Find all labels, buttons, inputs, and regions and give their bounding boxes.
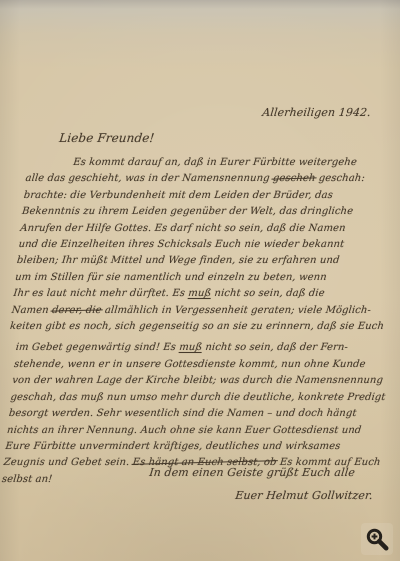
text-run: um im Stillen für sie namentlich und ein…	[15, 272, 328, 283]
letter-date: Allerheiligen 1942.	[262, 106, 372, 119]
letter-signature: Euer Helmut Gollwitzer.	[235, 489, 374, 502]
handwritten-line: besorgt werden. Sehr wesentlich sind die…	[8, 406, 366, 422]
underlined-text: muß	[188, 288, 212, 299]
text-run: selbst an!	[1, 474, 53, 485]
text-run: Anrufen der Hilfe Gottes. Es darf nicht …	[20, 223, 346, 234]
handwritten-line: von der wahren Lage der Kirche bleibt; w…	[11, 373, 369, 389]
underlined-text: muß	[179, 342, 203, 353]
struck-text: derer, die	[51, 305, 102, 316]
zoom-in-button[interactable]	[361, 523, 393, 555]
handwritten-line: Bekenntnis zu ihrem Leiden gegenüber der…	[21, 204, 387, 220]
handwritten-line: Eure Fürbitte unvermindert kräftiges, de…	[4, 439, 362, 455]
letter-paragraph: Es kommt darauf an, daß in Eurer Fürbitt…	[9, 155, 392, 335]
text-run: Bekenntnis zu ihrem Leiden gegenüber der…	[21, 206, 353, 217]
handwritten-line: bleiben; Ihr müßt Mittel und Wege finden…	[16, 253, 382, 269]
handwritten-line: im Gebet gegenwärtig sind! Es muß nicht …	[15, 340, 373, 356]
handwritten-line: Ihr es laut nicht mehr dürftet. Es muß n…	[12, 286, 378, 302]
text-run: Es kommt darauf an, daß in Eurer Fürbitt…	[73, 157, 358, 168]
letter-salutation: Liebe Freunde!	[59, 131, 156, 145]
text-run: Zeugnis und Gebet sein.	[3, 457, 133, 468]
text-run: nichts an ihrer Nennung. Auch ohne sie k…	[7, 425, 362, 436]
handwritten-line: brachte: die Verbundenheit mit dem Leide…	[23, 188, 389, 204]
handwritten-line: stehende, wenn er in unsere Gottesdienst…	[13, 357, 371, 373]
text-run: geschah:	[315, 173, 365, 184]
text-run: alle das geschieht, was in der Namensnen…	[25, 173, 274, 184]
letter-closing: In dem einen Geiste grüßt Euch alle	[149, 466, 356, 479]
text-run: nicht so sein, daß die	[211, 288, 326, 299]
handwritten-line: Anrufen der Hilfe Gottes. Es darf nicht …	[19, 221, 385, 237]
text-run: stehende, wenn er in unsere Gottesdienst…	[13, 359, 366, 370]
handwritten-line: um im Stillen für sie namentlich und ein…	[14, 270, 380, 286]
handwritten-line: nichts an ihrer Nennung. Auch ohne sie k…	[6, 423, 364, 439]
text-run: geschah, das muß nun umso mehr durch die…	[10, 392, 386, 403]
text-run: allmählich in Vergessenheit geraten; vie…	[101, 305, 371, 316]
text-run: nicht so sein, daß der Fern-	[201, 342, 348, 353]
handwritten-line: geschah, das muß nun umso mehr durch die…	[10, 390, 368, 406]
struck-text: gescheh	[272, 173, 316, 184]
text-run: und die Einzelheiten ihres Schicksals Eu…	[18, 239, 345, 250]
letter-scan: Allerheiligen 1942. Liebe Freunde! Es ko…	[0, 0, 400, 561]
handwritten-line: Namen derer, die allmählich in Vergessen…	[11, 303, 377, 319]
handwritten-line: und die Einzelheiten ihres Schicksals Eu…	[18, 237, 384, 253]
handwritten-line: keiten gibt es noch, sich gegenseitig so…	[9, 319, 375, 335]
text-run: von der wahren Lage der Kirche bleibt; w…	[12, 375, 384, 386]
text-run: bleiben; Ihr müßt Mittel und Wege finden…	[16, 255, 340, 266]
zoom-in-icon	[364, 526, 390, 552]
text-run: brachte: die Verbundenheit mit dem Leide…	[23, 190, 333, 201]
handwritten-line: alle das geschieht, was in der Namensnen…	[25, 171, 391, 187]
handwritten-line: Es kommt darauf an, daß in Eurer Fürbitt…	[26, 155, 392, 171]
text-run: besorgt werden. Sehr wesentlich sind die…	[8, 408, 357, 419]
text-run: keiten gibt es noch, sich gegenseitig so…	[9, 321, 384, 332]
text-run: Ihr es laut nicht mehr dürftet. Es	[13, 288, 189, 299]
text-run: Namen	[11, 305, 52, 316]
text-run: Eure Fürbitte unvermindert kräftiges, de…	[5, 441, 341, 452]
text-run: im Gebet gegenwärtig sind! Es	[15, 342, 180, 353]
letter-body: Es kommt darauf an, daß in Eurer Fürbitt…	[0, 155, 392, 488]
